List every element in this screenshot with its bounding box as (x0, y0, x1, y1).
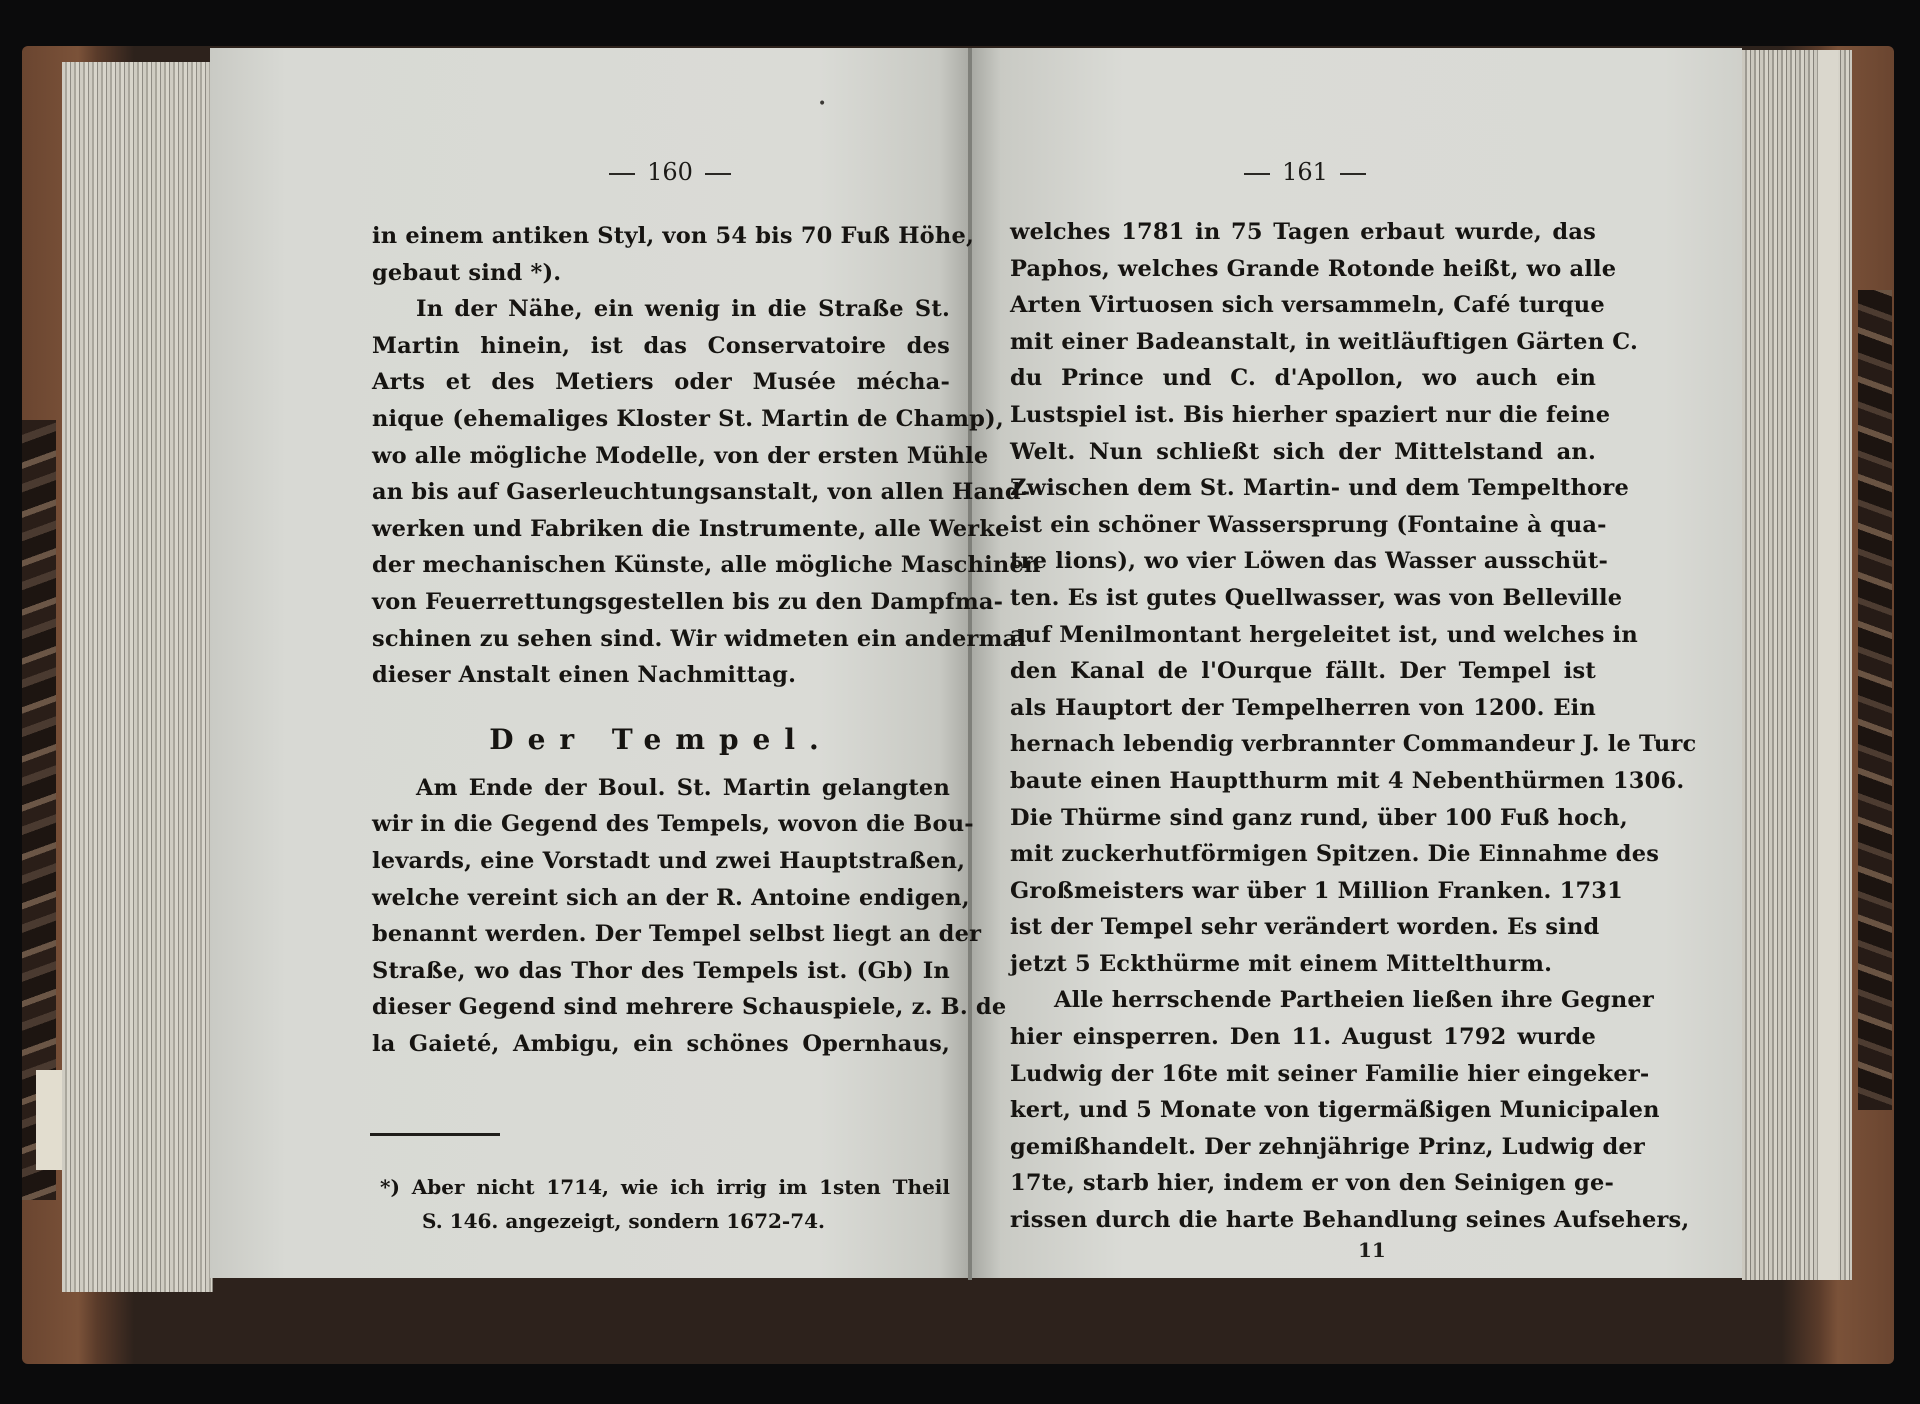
page-number-text: 161 (1282, 158, 1328, 186)
dash-decoration (609, 173, 635, 175)
text-line: auf Menilmontant hergeleitet ist, und we… (1010, 617, 1596, 654)
text-line: gebaut sind *). (372, 255, 950, 292)
text-line: dieser Gegend sind mehrere Schauspiele, … (372, 989, 950, 1026)
text-line: hernach lebendig verbrannter Commandeur … (1010, 726, 1596, 763)
right-page-body: welches 1781 in 75 Tagen erbaut wurde, d… (1010, 214, 1596, 1239)
text-line: der mechanischen Künste, alle mögliche M… (372, 547, 950, 584)
endpaper-edge-right (1818, 50, 1838, 1280)
left-page-body: in einem antiken Styl, von 54 bis 70 Fuß… (372, 218, 950, 1062)
text-line: welches 1781 in 75 Tagen erbaut wurde, d… (1010, 214, 1596, 251)
text-line: Am Ende der Boul. St. Martin gelangten (372, 770, 950, 807)
footnote-line: S. 146. angezeigt, sondern 1672-74. (380, 1204, 950, 1238)
text-line: Ludwig der 16te mit seiner Familie hier … (1010, 1056, 1596, 1093)
text-line: mit zuckerhutförmigen Spitzen. Die Einna… (1010, 836, 1596, 873)
text-line: rissen durch die harte Behandlung seines… (1010, 1202, 1596, 1239)
text-line: la Gaieté, Ambigu, ein schönes Opernhaus… (372, 1026, 950, 1063)
text-line: Die Thürme sind ganz rund, über 100 Fuß … (1010, 800, 1596, 837)
text-line: Zwischen dem St. Martin- und dem Tempelt… (1010, 470, 1596, 507)
text-line: Martin hinein, ist das Conservatoire des (372, 328, 950, 365)
text-line: In der Nähe, ein wenig in die Straße St. (372, 291, 950, 328)
text-line: ist ein schöner Wassersprung (Fontaine à… (1010, 507, 1596, 544)
text-line: hier einsperren. Den 11. August 1792 wur… (1010, 1019, 1596, 1056)
text-line: benannt werden. Der Tempel selbst liegt … (372, 916, 950, 953)
dash-decoration (1340, 173, 1366, 175)
text-line: jetzt 5 Eckthürme mit einem Mittelthurm. (1010, 946, 1596, 983)
text-line: ten. Es ist gutes Quellwasser, was von B… (1010, 580, 1596, 617)
signature-mark: 11 (1358, 1238, 1386, 1262)
footnote-line: *) Aber nicht 1714, wie ich irrig im 1st… (380, 1170, 950, 1204)
text-line: werken und Fabriken die Instrumente, all… (372, 511, 950, 548)
text-line: levards, eine Vorstadt und zwei Hauptstr… (372, 843, 950, 880)
text-line: Straße, wo das Thor des Tempels ist. (Gb… (372, 953, 950, 990)
text-line: an bis auf Gaserleuchtungsanstalt, von a… (372, 474, 950, 511)
text-line: schinen zu sehen sind. Wir widmeten ein … (372, 621, 950, 658)
text-line: gemißhandelt. Der zehnjährige Prinz, Lud… (1010, 1129, 1596, 1166)
page-number-text: 160 (647, 158, 693, 186)
text-line: wo alle mögliche Modelle, von der ersten… (372, 438, 950, 475)
text-line: Arts et des Metiers oder Musée mécha- (372, 364, 950, 401)
text-line: als Hauptort der Tempelherren von 1200. … (1010, 690, 1596, 727)
text-line: tre lions), wo vier Löwen das Wasser aus… (1010, 543, 1596, 580)
text-line: Großmeisters war über 1 Million Franken.… (1010, 873, 1596, 910)
text-line: ist der Tempel sehr verändert worden. Es… (1010, 909, 1596, 946)
text-line: Arten Virtuosen sich versammeln, Café tu… (1010, 287, 1596, 324)
text-line: Paphos, welches Grande Rotonde heißt, wo… (1010, 251, 1596, 288)
dash-decoration (705, 173, 731, 175)
text-line: Lustspiel ist. Bis hierher spaziert nur … (1010, 397, 1596, 434)
text-line: wir in die Gegend des Tempels, wovon die… (372, 806, 950, 843)
ink-speck: • (818, 96, 826, 112)
text-line: baute einen Hauptthurm mit 4 Nebenthürme… (1010, 763, 1596, 800)
text-line: von Feuerrettungsgestellen bis zu den Da… (372, 584, 950, 621)
marbled-board-right (1858, 290, 1892, 1110)
text-line: nique (ehemaliges Kloster St. Martin de … (372, 401, 950, 438)
text-line: mit einer Badeanstalt, in weitläuftigen … (1010, 324, 1596, 361)
text-line: in einem antiken Styl, von 54 bis 70 Fuß… (372, 218, 950, 255)
footnote-rule (370, 1133, 500, 1136)
text-line: du Prince und C. d'Apollon, wo auch ein (1010, 360, 1596, 397)
text-line: 17te, starb hier, indem er von den Seini… (1010, 1165, 1596, 1202)
footnote: *) Aber nicht 1714, wie ich irrig im 1st… (380, 1170, 950, 1238)
text-line: dieser Anstalt einen Nachmittag. (372, 657, 950, 694)
text-line: Welt. Nun schließt sich der Mittelstand … (1010, 434, 1596, 471)
text-line: den Kanal de l'Ourque fällt. Der Tempel … (1010, 653, 1596, 690)
dash-decoration (1244, 173, 1270, 175)
right-page-number: 161 (1205, 158, 1405, 186)
section-heading: Der Tempel. (372, 710, 950, 770)
text-line: Alle herrschende Partheien ließen ihre G… (1010, 982, 1596, 1019)
left-page-number: 160 (570, 158, 770, 186)
text-line: welche vereint sich an der R. Antoine en… (372, 880, 950, 917)
text-line: kert, und 5 Monate von tigermäßigen Muni… (1010, 1092, 1596, 1129)
page-edges-left (62, 62, 213, 1292)
